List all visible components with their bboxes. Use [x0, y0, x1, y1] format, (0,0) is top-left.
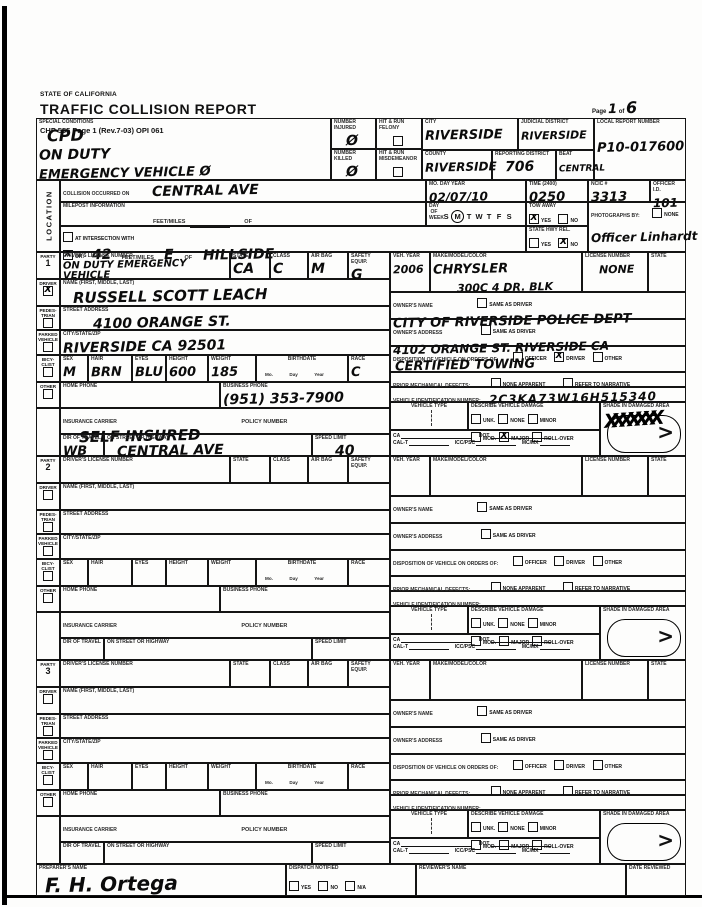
damage-minor-checkbox [528, 822, 538, 832]
milepost-feet-miles-label: FEET/MILES [153, 219, 185, 225]
scan-edge-left [2, 6, 7, 905]
party-bicyclist-rail: BICY- CLIST [36, 559, 60, 586]
special-conditions-line1: CPD [47, 125, 84, 145]
eyes-cell: EYES [132, 763, 166, 790]
insurance-label: INSURANCE CARRIER [63, 827, 117, 833]
owner-address-label: OWNER'S ADDRESS [393, 534, 442, 540]
speed-limit-label: SPEED LIMIT [315, 436, 387, 442]
speed-limit-cell: SPEED LIMIT [312, 638, 390, 660]
vehicle-damage-cell: DESCRIBE VEHICLE DAMAGE UNK.NONEMINOR MO… [468, 810, 600, 838]
party-parked-rail: PARKED VEHICLE [36, 534, 60, 559]
state-hwy-rel-label: STATE HWY REL. [529, 228, 585, 234]
license-state-label: STATE [233, 662, 267, 668]
birthdate-cell: BIRTHDATE Mo. Day Year [256, 763, 348, 790]
owner-addr-same-as-driver-checkbox [481, 529, 491, 539]
page-of-label: of [619, 109, 625, 115]
parked-vehicle-rail-label: PARKED VEHICLE [38, 536, 58, 546]
damage-minor-label: MINOR [540, 826, 557, 832]
license-state-cell: STATE [230, 456, 270, 483]
damage-unk-checkbox [471, 618, 481, 628]
cal-t-line [409, 439, 449, 446]
collision-occurred-cell: COLLISION OCCURRED ON CENTRAL AVE [60, 180, 426, 202]
disposition-other-checkbox [593, 352, 603, 362]
air-bag-cell: AIR BAG [308, 660, 348, 687]
weight-cell: WEIGHT [208, 763, 256, 790]
name-cell: NAME (FIRST, MIDDLE, LAST) [60, 687, 390, 714]
birthdate-mo-label: Mo. [265, 372, 273, 377]
weight-value: 185 [211, 364, 238, 380]
at-intersection-checkbox [63, 232, 73, 242]
veh-license-state-label: STATE [651, 254, 683, 260]
ncic-cell: NCIC # 3313 [588, 180, 650, 202]
icc-psc-line [476, 643, 516, 650]
birthdate-cell: BIRTHDATE Mo. Day Year [256, 355, 348, 382]
sex-cell: SEX M [60, 355, 88, 382]
dir-of-travel-cell: DIR OF TRAVEL WB [60, 434, 104, 456]
damage-minor-checkbox [528, 414, 538, 424]
birthdate-label: BIRTHDATE [259, 357, 345, 363]
street-address-label: STREET ADDRESS [63, 716, 387, 722]
safety-equip-label: SAFETY EQUIP. [351, 662, 387, 674]
vehicle-type-cell: VEHICLE TYPE [390, 606, 468, 634]
make-model-cell: MAKE/MODEL/COLOR [430, 660, 582, 700]
tow-away-no-label: NO [570, 218, 578, 224]
weight-label: WEIGHT [211, 765, 253, 771]
milepost-label: MILEPOST INFORMATION [63, 204, 423, 210]
birthdate-day-label: Day [289, 372, 297, 377]
bicyclist-checkbox [43, 367, 53, 377]
damage-minor-label: MINOR [540, 418, 557, 424]
party-other-rail: OTHER [36, 382, 60, 408]
state-hwy-rel-cell: STATE HWY REL. YES XNO [526, 226, 588, 252]
dispatch-notified-cell: DISPATCH NOTIFIED YES NO N/A [286, 864, 416, 896]
owner-addr-same-as-driver-label: SAME AS DRIVER [493, 533, 536, 539]
veh-license-value: NONE [599, 262, 635, 276]
hit-run-misdemeanor-label: HIT & RUN MISDEMEANOR [379, 151, 419, 163]
vehicle-type-divider [431, 614, 465, 630]
business-phone-cell: BUSINESS PHONE [220, 790, 390, 816]
owner-addr-same-as-driver-label: SAME AS DRIVER [493, 737, 536, 743]
weight-cell: WEIGHT 185 [208, 355, 256, 382]
hit-run-misdemeanor-cell: HIT & RUN MISDEMEANOR [376, 149, 422, 180]
height-cell: HEIGHT 600 [166, 355, 208, 382]
owner-name-label: OWNER'S NAME [393, 507, 433, 513]
page-label: Page [592, 109, 606, 115]
prior-mech-defects-cell: PRIOR MECHANICAL DEFECTS: NONE APPARENT … [390, 780, 686, 795]
race-label: RACE [351, 357, 387, 363]
party-parked-rail: PARKED VEHICLE [36, 330, 60, 355]
sex-label: SEX [63, 765, 85, 771]
policy-number-label: POLICY NUMBER [241, 827, 287, 833]
owner-name-label: OWNER'S NAME [393, 303, 433, 309]
birthdate-day-label: Day [289, 576, 297, 581]
dispatch-na-checkbox [345, 881, 355, 891]
sex-label: SEX [63, 357, 85, 363]
birthdate-day-label: Day [289, 780, 297, 785]
on-street-label: ON STREET OR HIGHWAY [107, 844, 309, 850]
damage-minor-checkbox [528, 618, 538, 628]
vehicle-damage-cell: DESCRIBE VEHICLE DAMAGE UNK.NONEMINOR MO… [468, 606, 600, 634]
shade-damaged-area-cell: SHADE IN DAMAGED AREA > [600, 606, 686, 660]
damage-unk-label: UNK. [483, 418, 495, 424]
safety-equip-cell: SAFETY EQUIP. [348, 660, 390, 687]
at-intersection-label: AT INTERSECTION WITH [75, 236, 134, 242]
veh-license-label: LICENSE NUMBER [585, 254, 645, 260]
mc-mx-label: MC/MX [522, 644, 539, 650]
county-value: RIVERSIDE [425, 159, 497, 174]
day-of-week-label: DAY OF WEEK [429, 204, 439, 221]
dispatch-na-label: N/A [357, 885, 366, 891]
disposition-label: DISPOSITION OF VEHICLE ON ORDERS OF: [393, 561, 498, 567]
damage-unk-label: UNK. [483, 622, 495, 628]
race-cell: RACE [348, 559, 390, 586]
time-label: TIME (2400) [529, 182, 585, 188]
disposition-label: DISPOSITION OF VEHICLE ON ORDERS OF: [393, 765, 498, 771]
page-total-value: 6 [626, 98, 638, 117]
icc-psc-label: ICC/PSC [455, 848, 475, 854]
cal-t-label: CAL-T [393, 644, 408, 650]
intersection-cell: AT INTERSECTION WITH XOR: 42 FEET/MILES … [60, 226, 526, 252]
birthdate-year-label: Year [314, 576, 324, 581]
sex-label: SEX [63, 561, 85, 567]
tow-away-yes-checkbox: X [529, 214, 539, 224]
day-f: F [494, 212, 504, 221]
carrier-id-cell: CA DOT CAL-T ICC/PSC MC/MX [390, 430, 600, 456]
icc-psc-label: ICC/PSC [455, 440, 475, 446]
license-state-label: STATE [233, 458, 267, 464]
city-state-zip-cell: CITY/STATE/ZIP [60, 738, 390, 763]
business-phone-value: (951) 353-7900 [223, 389, 344, 408]
veh-year-label: VEH. YEAR [393, 458, 427, 464]
parked-vehicle-rail-label: PARKED VEHICLE [38, 332, 58, 342]
veh-year-cell: VEH. YEAR [390, 660, 430, 700]
vin-cell: VEHICLE IDENTIFICATION NUMBER: [390, 795, 686, 810]
tow-away-no-checkbox [558, 214, 568, 224]
license-state-label: STATE [233, 254, 267, 260]
tow-away-cell: TOW AWAY XYES NO [526, 202, 588, 226]
parked-vehicle-checkbox [43, 750, 53, 760]
party-pedestrian-rail: PEDES- TRIAN [36, 306, 60, 330]
hair-value: BRN [91, 364, 122, 380]
vehicle-damage-label: DESCRIBE VEHICLE DAMAGE [471, 812, 597, 818]
owner-addr-same-as-driver-label: SAME AS DRIVER [493, 329, 536, 335]
street-address-label: STREET ADDRESS [63, 512, 387, 518]
birthdate-label: BIRTHDATE [259, 765, 345, 771]
party-rail-header: PARTY 2 [36, 456, 60, 483]
weight-cell: WEIGHT [208, 559, 256, 586]
on-street-cell: ON STREET OR HIGHWAY [104, 842, 312, 864]
reviewer-label: REVIEWER'S NAME [419, 866, 623, 872]
business-phone-label: BUSINESS PHONE [223, 384, 387, 390]
party-number: 1 [37, 259, 59, 269]
disposition-driver-checkbox: X [554, 352, 564, 362]
party-rail-header: PARTY 1 [36, 252, 60, 279]
license-class-cell: CLASS [270, 456, 308, 483]
name-label: NAME (FIRST, MIDDLE, LAST) [63, 485, 387, 491]
insurance-cell: INSURANCE CARRIER POLICY NUMBER [60, 816, 390, 842]
photographs-none-label: NONE [664, 212, 678, 218]
street-address-cell: STREET ADDRESS [60, 510, 390, 534]
dispatch-no-label: NO [330, 885, 338, 891]
height-cell: HEIGHT [166, 763, 208, 790]
city-state-zip-value: RIVERSIDE CA 92501 [63, 337, 227, 356]
ca-label: CA [393, 637, 400, 643]
time-cell: TIME (2400) 0250 [526, 180, 588, 202]
weight-label: WEIGHT [211, 561, 253, 567]
cal-t-line [409, 847, 449, 854]
mc-mx-line [540, 439, 570, 446]
page-number: Page 1 of 6 [592, 98, 637, 117]
party-rail-blank [36, 612, 60, 660]
damage-none-checkbox [498, 618, 508, 628]
hit-run-felony-checkbox [393, 136, 403, 146]
vehicle-damage-label: DESCRIBE VEHICLE DAMAGE [471, 404, 597, 410]
damage-unk-label: UNK. [483, 826, 495, 832]
preparer-cell: PREPARER'S NAME F. H. Ortega [36, 864, 286, 896]
reporting-district-cell: REPORTING DISTRICT 706 [492, 150, 556, 180]
owner-same-as-driver-label: SAME AS DRIVER [489, 710, 532, 716]
photographs-cell: PHOTOGRAPHS BY: NONE Officer Linhardt [588, 202, 686, 252]
party-other-rail: OTHER [36, 790, 60, 816]
icc-psc-label: ICC/PSC [455, 644, 475, 650]
driver-checkbox [43, 694, 53, 704]
icc-psc-line [476, 439, 516, 446]
birthdate-year-label: Year [314, 372, 324, 377]
drivers-license-label: DRIVER'S LICENSE NUMBER [63, 662, 227, 668]
make-model-cell: MAKE/MODEL/COLOR [430, 456, 582, 496]
county-cell: COUNTY RIVERSIDE [422, 150, 492, 180]
disposition-cell: DISPOSITION OF VEHICLE ON ORDERS OF: OFF… [390, 346, 686, 372]
eyes-label: EYES [135, 765, 163, 771]
name-cell: NAME (FIRST, MIDDLE, LAST) [60, 483, 390, 510]
veh-year-value: 2006 [393, 262, 424, 276]
dispatch-notified-label: DISPATCH NOTIFIED [289, 866, 413, 872]
hair-label: HAIR [91, 357, 129, 363]
owner-address-cell: OWNER'S ADDRESS SAME AS DRIVER [390, 523, 686, 550]
number-killed-value: Ø [346, 163, 358, 179]
location-rail-label: LOCATION [45, 190, 54, 242]
vehicle-damage-label: DESCRIBE VEHICLE DAMAGE [471, 608, 597, 614]
document-title: TRAFFIC COLLISION REPORT [40, 101, 257, 117]
license-class-cell: CLASS [270, 660, 308, 687]
shade-damaged-area-label: SHADE IN DAMAGED AREA [603, 812, 683, 818]
on-street-label: ON STREET OR HIGHWAY [107, 436, 309, 442]
judicial-district-label: JUDICIAL DISTRICT [521, 120, 591, 126]
make-model-cell: MAKE/MODEL/COLOR CHRYSLER 300C 4 DR. BLK [430, 252, 582, 292]
location-rail: LOCATION [36, 180, 60, 252]
policy-number-label: POLICY NUMBER [241, 419, 287, 425]
street-address-cell: STREET ADDRESS 4100 ORANGE ST. [60, 306, 390, 330]
party-other-rail: OTHER [36, 586, 60, 612]
party-pedestrian-rail: PEDES- TRIAN [36, 714, 60, 738]
safety-equip-label: SAFETY EQUIP. [351, 458, 387, 470]
height-label: HEIGHT [169, 561, 205, 567]
mc-mx-label: MC/MX [522, 848, 539, 854]
owner-same-as-driver-label: SAME AS DRIVER [489, 506, 532, 512]
license-state-cell: STATE [230, 660, 270, 687]
make-model-label: MAKE/MODEL/COLOR [433, 458, 579, 464]
birthdate-year-label: Year [314, 780, 324, 785]
make-model-value-line1: CHRYSLER [433, 261, 509, 278]
local-report-number-value: P10-017600 [597, 139, 685, 156]
damage-none-checkbox [498, 822, 508, 832]
license-class-value: C [273, 261, 284, 277]
owner-name-cell: OWNER'S NAME SAME AS DRIVER [390, 496, 686, 523]
date-reviewed-cell: DATE REVIEWED [626, 864, 686, 896]
collision-occurred-label: COLLISION OCCURRED ON [63, 191, 129, 197]
party-driver-rail: DRIVER X [36, 279, 60, 306]
drivers-license-cell: DRIVER'S LICENSE NUMBER [60, 660, 230, 687]
dir-of-travel-cell: DIR OF TRAVEL [60, 842, 104, 864]
party-section: PARTY 2 DRIVER PEDES- TRIAN PARKED VEHIC… [36, 456, 686, 660]
dir-of-travel-label: DIR OF TRAVEL [63, 844, 101, 850]
party-number: 3 [37, 667, 59, 677]
beat-value: CENTRAL [559, 163, 605, 174]
milepost-cell: MILEPOST INFORMATION FEET/MILES OF [60, 202, 426, 226]
carrier-id-cell: CA DOT CAL-T ICC/PSC MC/MX [390, 838, 600, 864]
party-number: 2 [37, 463, 59, 473]
party-section: PARTY 3 DRIVER PEDES- TRIAN PARKED VEHIC… [36, 660, 686, 864]
disposition-officer-checkbox [513, 760, 523, 770]
insurance-cell: INSURANCE CARRIER POLICY NUMBER [60, 612, 390, 638]
pedestrian-rail-label: PEDES- TRIAN [39, 716, 56, 726]
dir-of-travel-cell: DIR OF TRAVEL [60, 638, 104, 660]
disposition-other-label: OTHER [605, 560, 623, 566]
insurance-label: INSURANCE CARRIER [63, 419, 117, 425]
speed-limit-cell: SPEED LIMIT 40 [312, 434, 390, 456]
policy-number-label: POLICY NUMBER [241, 623, 287, 629]
date-label: MO. DAY YEAR [429, 182, 523, 188]
weight-label: WEIGHT [211, 357, 253, 363]
pedestrian-rail-label: PEDES- TRIAN [39, 308, 56, 318]
parked-vehicle-rail-label: PARKED VEHICLE [38, 740, 58, 750]
ca-line [401, 840, 471, 847]
number-killed-cell: NUMBER KILLED Ø [331, 149, 376, 180]
party-parked-rail: PARKED VEHICLE [36, 738, 60, 763]
speed-limit-cell: SPEED LIMIT [312, 842, 390, 864]
drivers-license-value: ON DUTY EMERGENCY VEHICLE [63, 258, 227, 280]
photographs-by-value: Officer Linhardt [591, 229, 698, 245]
veh-license-label: LICENSE NUMBER [585, 458, 645, 464]
mc-mx-line [540, 847, 570, 854]
city-state-zip-cell: CITY/STATE/ZIP RIVERSIDE CA 92501 [60, 330, 390, 355]
reporting-district-label: REPORTING DISTRICT [495, 152, 553, 158]
state-hwy-no-label: NO [570, 242, 578, 248]
hair-label: HAIR [91, 561, 129, 567]
disposition-other-checkbox [593, 760, 603, 770]
veh-license-cell: LICENSE NUMBER [582, 660, 648, 700]
sex-cell: SEX [60, 763, 88, 790]
bicyclist-checkbox [43, 571, 53, 581]
number-injured-value: Ø [346, 132, 358, 148]
city-state-zip-cell: CITY/STATE/ZIP [60, 534, 390, 559]
on-street-label: ON STREET OR HIGHWAY [107, 640, 309, 646]
ca-label: CA [393, 841, 400, 847]
vehicle-damage-cell: DESCRIBE VEHICLE DAMAGE UNK.NONEMINOR MO… [468, 402, 600, 430]
damage-unk-checkbox [471, 414, 481, 424]
owner-addr-same-as-driver-checkbox [481, 325, 491, 335]
veh-year-label: VEH. YEAR [393, 662, 427, 668]
disposition-other-label: OTHER [605, 764, 623, 770]
state-hwy-yes-label: YES [541, 242, 551, 248]
beat-cell: BEAT CENTRAL [556, 150, 594, 180]
photographs-none-checkbox [652, 208, 662, 218]
eyes-label: EYES [135, 357, 163, 363]
race-cell: RACE C [348, 355, 390, 382]
city-value: RIVERSIDE [425, 127, 503, 144]
shade-damaged-area-cell: SHADE IN DAMAGED AREA > XXXXXXX [600, 402, 686, 456]
city-label: CITY [425, 120, 515, 126]
hair-cell: HAIR [88, 763, 132, 790]
parked-vehicle-checkbox [43, 342, 53, 352]
mc-mx-label: MC/MX [522, 440, 539, 446]
local-report-number-label: LOCAL REPORT NUMBER [597, 120, 683, 126]
vehicle-type-divider [431, 410, 465, 426]
dot-line [491, 840, 551, 847]
day-s2: S [504, 212, 514, 221]
damage-none-label: NONE [510, 622, 524, 628]
disposition-driver-label: DRIVER [566, 560, 585, 566]
home-phone-label: HOME PHONE [63, 588, 217, 594]
damage-none-checkbox [498, 414, 508, 424]
ca-line [401, 636, 471, 643]
license-class-label: CLASS [273, 254, 305, 260]
driver-checkbox: X [43, 286, 53, 296]
judicial-district-value: RIVERSIDE [521, 128, 587, 142]
hair-cell: HAIR [88, 559, 132, 586]
disposition-driver-checkbox [554, 556, 564, 566]
bicyclist-rail-label: BICY- CLIST [41, 561, 54, 571]
beat-label: BEAT [559, 152, 591, 158]
state-hwy-yes-checkbox [529, 238, 539, 248]
bicyclist-checkbox [43, 775, 53, 785]
air-bag-label: AIR BAG [311, 662, 345, 668]
hair-label: HAIR [91, 765, 129, 771]
mc-mx-line [540, 643, 570, 650]
special-conditions-line2: ON DUTY [39, 146, 110, 163]
day-s1: S [441, 212, 451, 221]
damage-unk-checkbox [471, 822, 481, 832]
veh-license-state-cell: STATE [648, 252, 686, 292]
bicyclist-rail-label: BICY- CLIST [41, 357, 54, 367]
judicial-district-cell: JUDICIAL DISTRICT RIVERSIDE [518, 118, 594, 150]
hit-run-felony-label: HIT & RUN FELONY [379, 120, 419, 132]
vehicle-type-divider [431, 818, 465, 834]
vehicle-type-cell: VEHICLE TYPE [390, 402, 468, 430]
disposition-driver-label: DRIVER [566, 764, 585, 770]
eyes-cell: EYES BLU [132, 355, 166, 382]
on-street-cell: ON STREET OR HIGHWAY [104, 638, 312, 660]
business-phone-cell: BUSINESS PHONE [220, 586, 390, 612]
party-section: PARTY 1 DRIVER X PEDES- TRIAN PARKED VEH… [36, 252, 686, 456]
shade-damaged-area-label: SHADE IN DAMAGED AREA [603, 608, 683, 614]
cal-t-label: CAL-T [393, 440, 408, 446]
vin-cell: VEHICLE IDENTIFICATION NUMBER: 2C3KA73W1… [390, 387, 686, 402]
safety-equip-cell: SAFETY EQUIP. G [348, 252, 390, 279]
height-value: 600 [169, 364, 196, 380]
owner-address-cell: OWNER'S ADDRESS SAME AS DRIVER 4102 ORAN… [390, 319, 686, 346]
other-checkbox [43, 389, 53, 399]
pedestrian-rail-label: PEDES- TRIAN [39, 512, 56, 522]
eyes-cell: EYES [132, 559, 166, 586]
party-bicyclist-rail: BICY- CLIST [36, 763, 60, 790]
local-report-number-cell: LOCAL REPORT NUMBER P10-017600 [594, 118, 686, 180]
damage-minor-label: MINOR [540, 622, 557, 628]
scanned-page: STATE OF CALIFORNIA TRAFFIC COLLISION RE… [0, 0, 702, 907]
disposition-driver-label: DRIVER [566, 356, 585, 362]
license-class-label: CLASS [273, 662, 305, 668]
dot-line [491, 636, 551, 643]
